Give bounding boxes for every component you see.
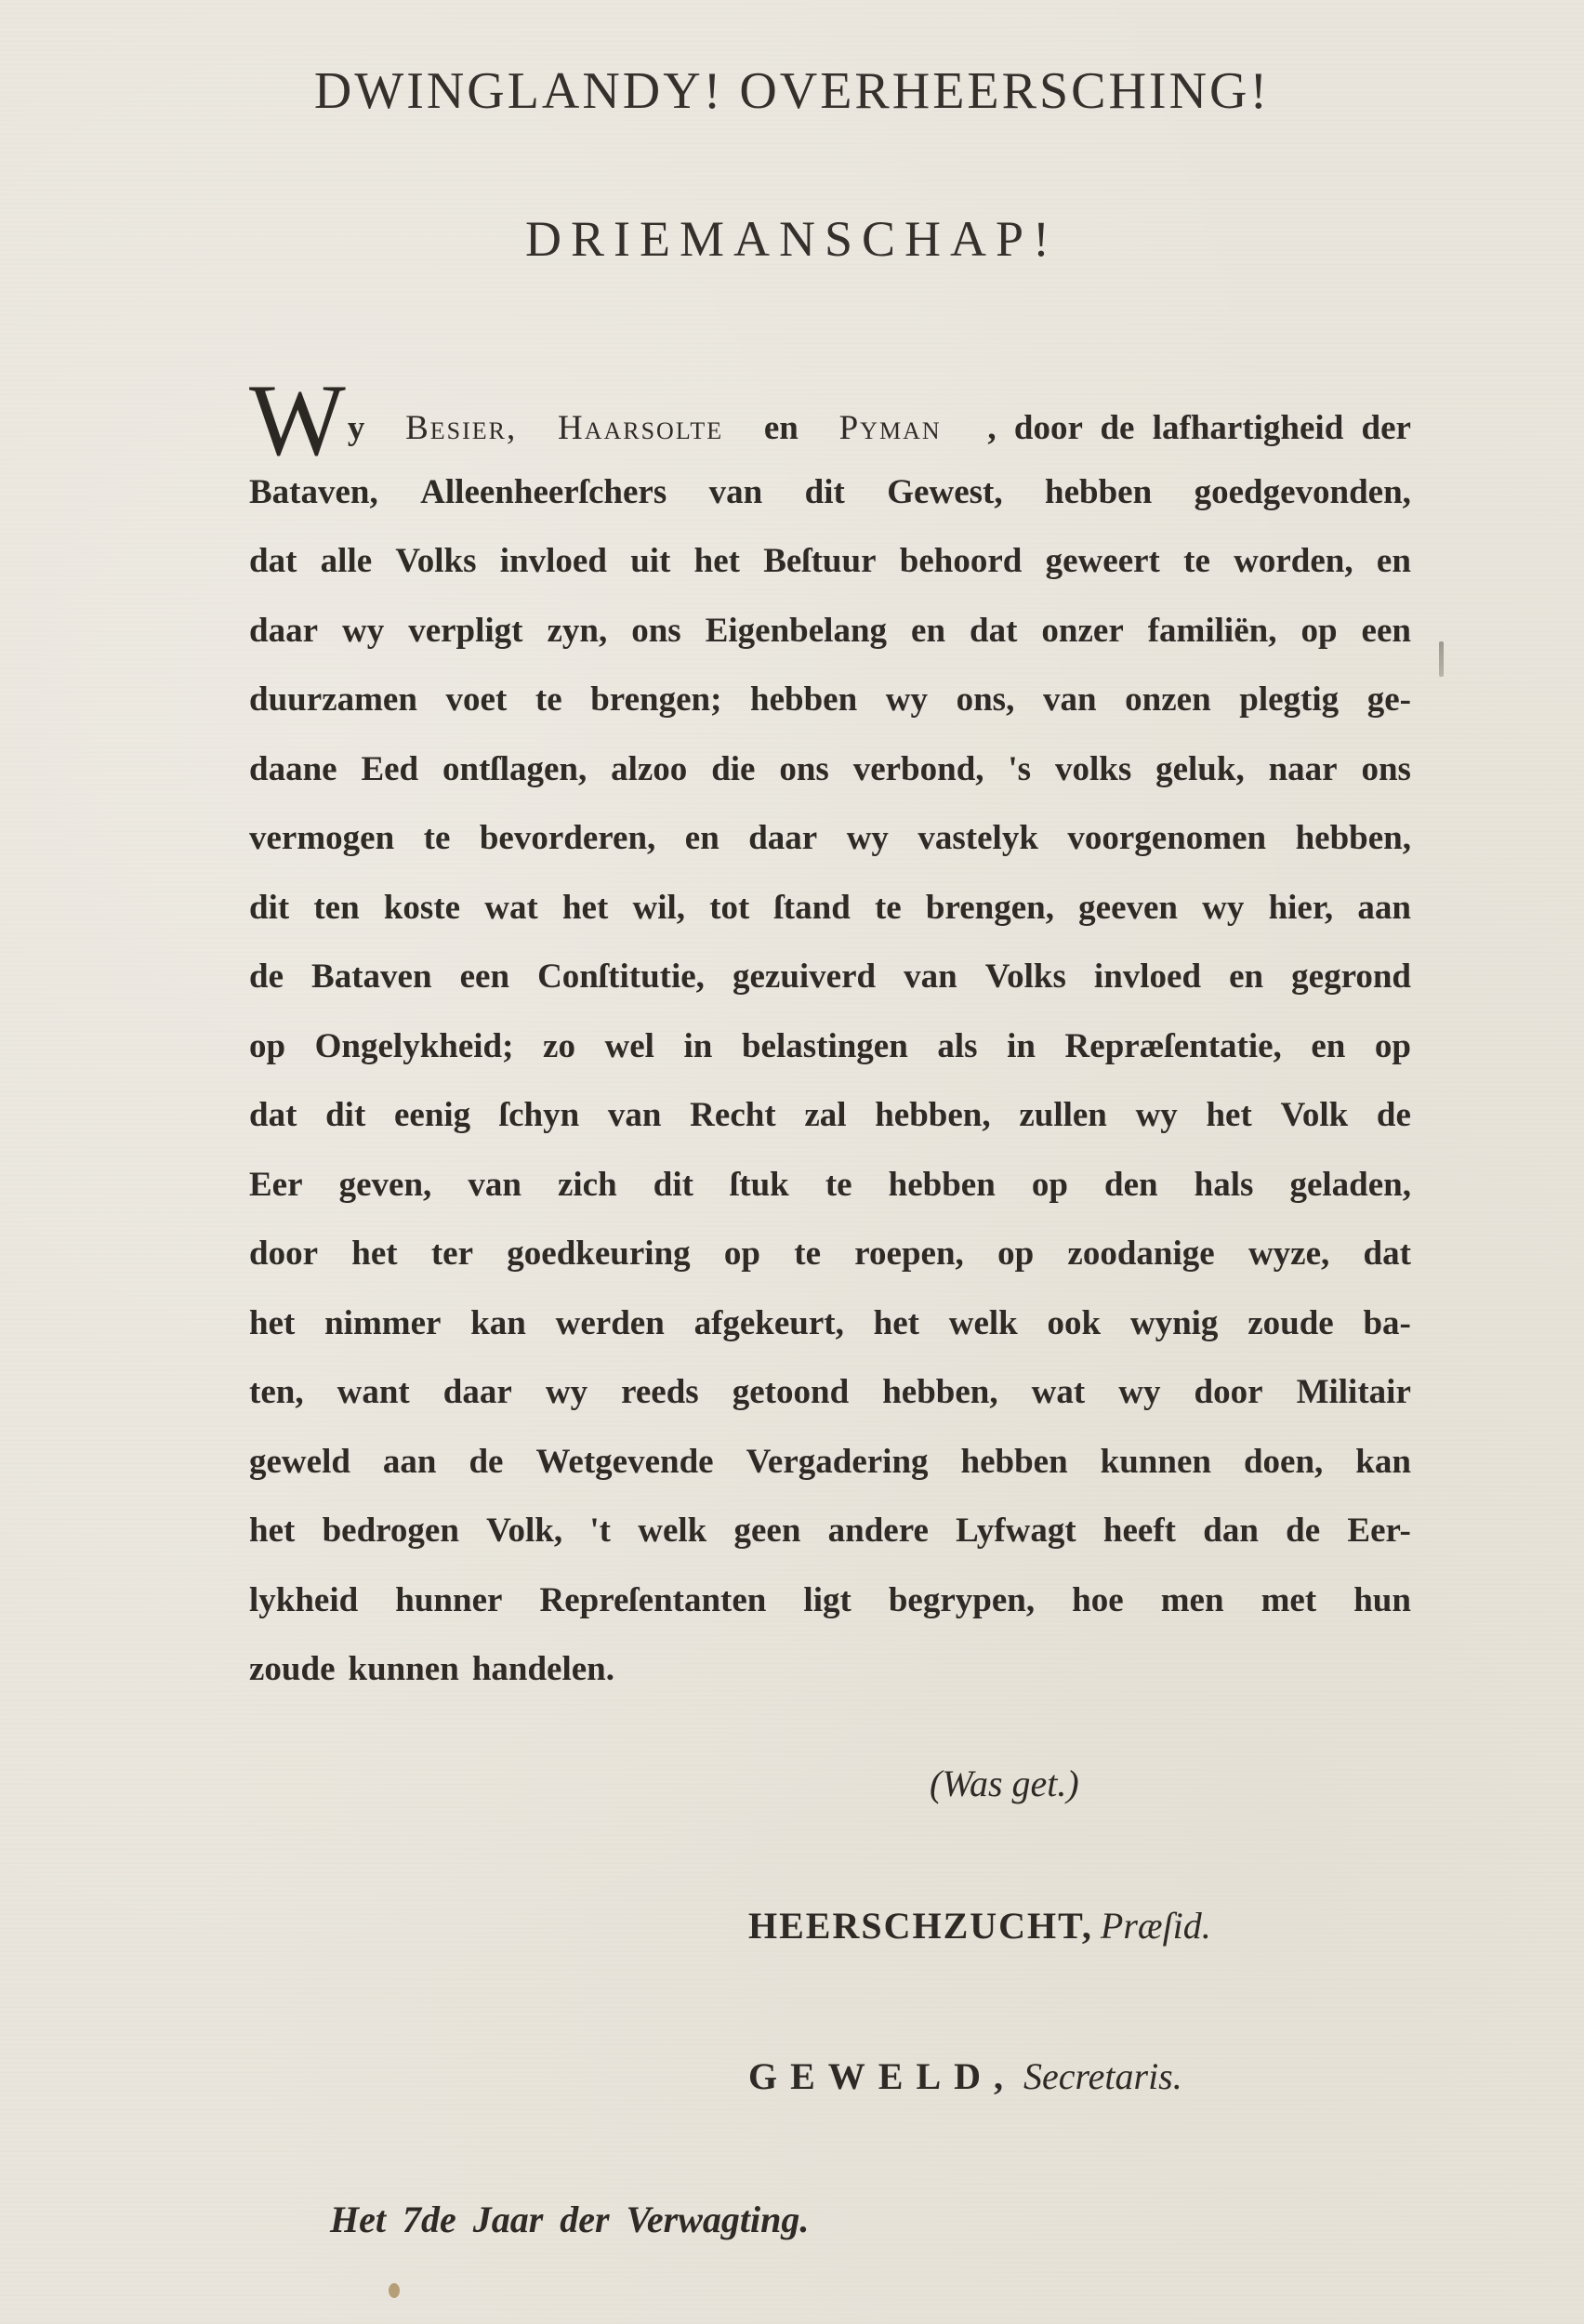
signature-name: HEERSCHZUCHT, (748, 1905, 1093, 1947)
word: zo (543, 1012, 575, 1082)
word: ons (1361, 735, 1410, 805)
word: handelen. (472, 1635, 614, 1705)
word: wynig (1130, 1289, 1219, 1359)
word: brengen; (590, 666, 721, 735)
word: geladen, (1289, 1151, 1411, 1221)
name-haarsolte: Haarsolte (558, 401, 723, 456)
word: aan (1357, 874, 1411, 944)
word: volks (1055, 735, 1131, 805)
word: Volk, (486, 1497, 562, 1566)
drop-cap: W (249, 378, 346, 462)
word: de (469, 1428, 503, 1498)
word: Recht (690, 1081, 775, 1151)
word: begrypen, (889, 1566, 1035, 1636)
word: wy (1202, 874, 1244, 944)
first-line-rest: , door de lafhartigheid der (987, 401, 1411, 456)
word: Conſtitutie, (537, 943, 705, 1012)
word: den (1104, 1151, 1158, 1221)
word: hals (1195, 1151, 1254, 1221)
word: kan (470, 1289, 526, 1359)
word: geeven (1078, 874, 1178, 944)
word: Eed (361, 735, 418, 805)
word: verbond, (853, 735, 984, 805)
word: dat (970, 597, 1017, 667)
word: wyze, (1248, 1220, 1329, 1289)
word: hebben (1045, 458, 1152, 528)
word: ook (1048, 1289, 1102, 1359)
word: hun (1353, 1566, 1411, 1636)
body-line: daaneEedontſlagen,alzoodieonsverbond,'sv… (249, 735, 1411, 805)
word: op (724, 1220, 760, 1289)
word: werden (556, 1289, 665, 1359)
word: getoond (733, 1358, 849, 1428)
word: op (249, 1012, 285, 1082)
signature-role: Secretaris. (1023, 2055, 1182, 2097)
first-line-after-cap: y (348, 401, 365, 456)
word: ſtand (774, 874, 851, 944)
word: het (249, 1497, 295, 1566)
word: het (1206, 1081, 1251, 1151)
word: tot (709, 874, 749, 944)
word: hebben, (875, 1081, 990, 1151)
word: hebben, (882, 1358, 997, 1428)
word: gegrond (1291, 943, 1411, 1012)
word: met (1261, 1566, 1317, 1636)
word: koste (384, 874, 460, 944)
word: ge- (1367, 666, 1411, 735)
word: heeft (1103, 1497, 1176, 1566)
word: plegtig (1239, 666, 1339, 735)
word: Militair (1297, 1358, 1411, 1428)
signed-note: (Was get.) (930, 1762, 1079, 1805)
signature-name: GEWELD, (748, 2055, 1016, 2097)
word: kan (1355, 1428, 1411, 1498)
word: kunnen (1101, 1428, 1211, 1498)
word: zoude (249, 1635, 336, 1705)
word: Repræſentatie, (1065, 1012, 1282, 1082)
word: 't (589, 1497, 611, 1566)
body-line: lykheidhunnerRepreſentantenligtbegrypen,… (249, 1566, 1411, 1636)
word: bedrogen (323, 1497, 459, 1566)
word: het (562, 874, 608, 944)
word: dat (249, 527, 297, 597)
word: Lyfwagt (956, 1497, 1076, 1566)
body-line: hetbedrogenVolk,'twelkgeenandereLyfwagth… (249, 1497, 1411, 1566)
word: familiën, (1148, 597, 1277, 667)
word: doen, (1244, 1428, 1323, 1498)
proclamation-body: W y Besier, Haarsolte en Pyman , door de… (249, 389, 1411, 1705)
word: geven, (339, 1151, 432, 1221)
word: Repreſentanten (539, 1566, 766, 1636)
word: alzoo (611, 735, 687, 805)
body-line: daarwyverpligtzyn,onsEigenbelangendatonz… (249, 597, 1411, 667)
body-line: dittenkostewathetwil,totſtandtebrengen,g… (249, 874, 1411, 944)
word: van (904, 943, 957, 1012)
signature-president: HEERSCHZUCHT,Præſid. (748, 1904, 1211, 1948)
body-line: datalleVolksinvloeduithetBeſtuurbehoordg… (249, 527, 1411, 597)
body-lines: Bataven,AlleenheerſchersvanditGewest,heb… (249, 458, 1411, 1705)
word: een (460, 943, 509, 1012)
word: gezuiverd (733, 943, 876, 1012)
word: onzen (1125, 666, 1211, 735)
word: brengen, (926, 874, 1054, 944)
dateline: Het 7de Jaar der Verwagting. (330, 2198, 809, 2241)
word: 's (1008, 735, 1031, 805)
body-line: geweldaandeWetgevendeVergaderinghebbenku… (249, 1428, 1411, 1498)
word: zoodanige (1067, 1220, 1214, 1289)
word: en (1377, 527, 1411, 597)
word: dat (1364, 1220, 1411, 1289)
body-line: datditeenigſchynvanRechtzalhebben,zullen… (249, 1081, 1411, 1151)
word: duurzamen (249, 666, 417, 735)
word: op (1300, 597, 1337, 667)
word: naar (1269, 735, 1338, 805)
headline-tyranny: DWINGLANDY! OVERHEERSCHING! (0, 61, 1584, 121)
word: wil, (632, 874, 685, 944)
word: van (608, 1081, 662, 1151)
word: dit (653, 1151, 693, 1221)
word: het (874, 1289, 919, 1359)
word: voorgenomen (1067, 804, 1266, 874)
body-line: ten,wantdaarwyreedsgetoondhebben,watwydo… (249, 1358, 1411, 1428)
word: Eigenbelang (706, 597, 887, 667)
word: lykheid (249, 1566, 358, 1636)
word: Wetgevende (535, 1428, 713, 1498)
word: zyn, (548, 597, 608, 667)
word: ligt (803, 1566, 851, 1636)
word: Gewest, (887, 458, 1002, 528)
word: belastingen (742, 1012, 908, 1082)
word: wy (886, 666, 928, 735)
signature-secretary: GEWELD,Secretaris. (748, 2054, 1182, 2098)
word: het (694, 527, 740, 597)
body-line: duurzamenvoettebrengen;hebbenwyons,vanon… (249, 666, 1411, 735)
word: Bataven, (249, 458, 378, 528)
word: wy (546, 1358, 587, 1428)
name-besier: Besier, (405, 401, 517, 456)
word: dit (805, 458, 845, 528)
word: ſchyn (499, 1081, 579, 1151)
word: de (1377, 1081, 1411, 1151)
word: Eer- (1347, 1497, 1410, 1566)
word: afgekeurt, (694, 1289, 844, 1359)
word: alle (321, 527, 372, 597)
body-line: zoudekunnenhandelen. (249, 1635, 1411, 1705)
word: want (337, 1358, 410, 1428)
body-line: deBataveneenConſtitutie,gezuiverdvanVolk… (249, 943, 1411, 1012)
word: goedkeuring (507, 1220, 690, 1289)
word: kunnen (349, 1635, 459, 1705)
word: welk (949, 1289, 1018, 1359)
word: een (1362, 597, 1411, 667)
body-line: Bataven,AlleenheerſchersvanditGewest,heb… (249, 458, 1411, 528)
word: als (937, 1012, 977, 1082)
word: Alleenheerſchers (420, 458, 667, 528)
word: van (709, 458, 763, 528)
word: reeds (621, 1358, 699, 1428)
word: dat (249, 1081, 297, 1151)
conjunction-en: en (764, 401, 799, 456)
word: wat (484, 874, 538, 944)
word: ſtuk (730, 1151, 789, 1221)
paper-stain (389, 2283, 400, 2298)
word: invloed (1094, 943, 1201, 1012)
body-line: doorhettergoedkeuringopteroepen,opzoodan… (249, 1220, 1411, 1289)
word: wy (342, 597, 384, 667)
word: zullen (1019, 1081, 1107, 1151)
body-first-line: W y Besier, Haarsolte en Pyman , door de… (249, 389, 1411, 458)
word: vermogen (249, 804, 394, 874)
word: dit (325, 1081, 365, 1151)
body-line: Eergeven,vanzichditſtuktehebbenopdenhals… (249, 1151, 1411, 1221)
word: van (1043, 666, 1097, 735)
word: en (1229, 943, 1263, 1012)
word: de (1286, 1497, 1320, 1566)
word: door (1195, 1358, 1263, 1428)
body-line: opOngelykheid;zowelinbelastingenalsinRep… (249, 1012, 1411, 1082)
word: te (535, 666, 562, 735)
word: op (1032, 1151, 1068, 1221)
word: verpligt (408, 597, 522, 667)
word: ontſlagen, (442, 735, 587, 805)
word: wy (847, 804, 889, 874)
word: daar (748, 804, 817, 874)
word: behoord (900, 527, 1023, 597)
word: nimmer (324, 1289, 441, 1359)
word: welk (638, 1497, 706, 1566)
word: hebben (961, 1428, 1068, 1498)
word: in (684, 1012, 713, 1082)
word: wy (1136, 1081, 1178, 1151)
signature-role: Præſid. (1101, 1905, 1211, 1947)
word: eenig (394, 1081, 470, 1151)
word: ons (631, 597, 680, 667)
headline-triumvirate: DRIEMANSCHAP! (0, 210, 1584, 268)
word: van (468, 1151, 521, 1221)
word: Volks (985, 943, 1066, 1012)
word: daar (443, 1358, 512, 1428)
word: in (1007, 1012, 1036, 1082)
word: hier, (1269, 874, 1334, 944)
word: geweert (1046, 527, 1160, 597)
word: zich (558, 1151, 617, 1221)
word: geen (733, 1497, 800, 1566)
word: daane (249, 735, 337, 805)
word: wy (1118, 1358, 1160, 1428)
word: invloed (500, 527, 607, 597)
word: te (424, 804, 451, 874)
word: hoe (1072, 1566, 1124, 1636)
word: voet (446, 666, 508, 735)
name-pyman: Pyman (839, 401, 942, 456)
word: te (825, 1151, 852, 1221)
word: op (997, 1220, 1034, 1289)
word: en (1311, 1012, 1345, 1082)
word: het (249, 1289, 295, 1359)
word: het (351, 1220, 397, 1289)
word: en (685, 804, 719, 874)
word: te (1183, 527, 1210, 597)
word: hebben, (1296, 804, 1411, 874)
word: onzer (1041, 597, 1123, 667)
word: aan (383, 1428, 437, 1498)
word: te (875, 874, 902, 944)
word: hunner (395, 1566, 502, 1636)
word: wel (605, 1012, 654, 1082)
word: uit (630, 527, 670, 597)
word: hebben (750, 666, 857, 735)
word: door (249, 1220, 318, 1289)
word: Ongelykheid; (315, 1012, 514, 1082)
word: ons, (957, 666, 1015, 735)
word: Volks (395, 527, 476, 597)
word: worden, (1234, 527, 1353, 597)
word: dit (249, 874, 289, 944)
word: daar (249, 597, 318, 667)
first-line-text: y Besier, Haarsolte en Pyman , door de l… (348, 401, 1411, 456)
word: ten (313, 874, 359, 944)
word: ten, (249, 1358, 304, 1428)
body-line: vermogentebevorderen,endaarwyvastelykvoo… (249, 804, 1411, 874)
word: roepen, (854, 1220, 964, 1289)
word: geweld (249, 1428, 350, 1498)
word: vastelyk (917, 804, 1038, 874)
word: de (249, 943, 284, 1012)
word: geluk, (1155, 735, 1245, 805)
word: andere (828, 1497, 929, 1566)
word: Bataven (311, 943, 432, 1012)
word: Volk (1281, 1081, 1349, 1151)
word: wat (1032, 1358, 1086, 1428)
word: ba- (1363, 1289, 1410, 1359)
word: dan (1203, 1497, 1259, 1566)
word: men (1161, 1566, 1224, 1636)
word: zal (804, 1081, 846, 1151)
word: ons (779, 735, 828, 805)
body-line: hetnimmerkanwerdenafgekeurt,hetwelkookwy… (249, 1289, 1411, 1359)
word: Beſtuur (763, 527, 876, 597)
word: die (711, 735, 755, 805)
word: hebben (889, 1151, 996, 1221)
word: en (911, 597, 945, 667)
word: op (1375, 1012, 1411, 1082)
word: Vergadering (746, 1428, 929, 1498)
margin-ink-mark (1439, 641, 1444, 677)
word: zoude (1247, 1289, 1334, 1359)
word: Eer (249, 1151, 303, 1221)
word: bevorderen, (480, 804, 655, 874)
word: ter (431, 1220, 473, 1289)
word: goedgevonden, (1195, 458, 1411, 528)
word: te (794, 1220, 821, 1289)
